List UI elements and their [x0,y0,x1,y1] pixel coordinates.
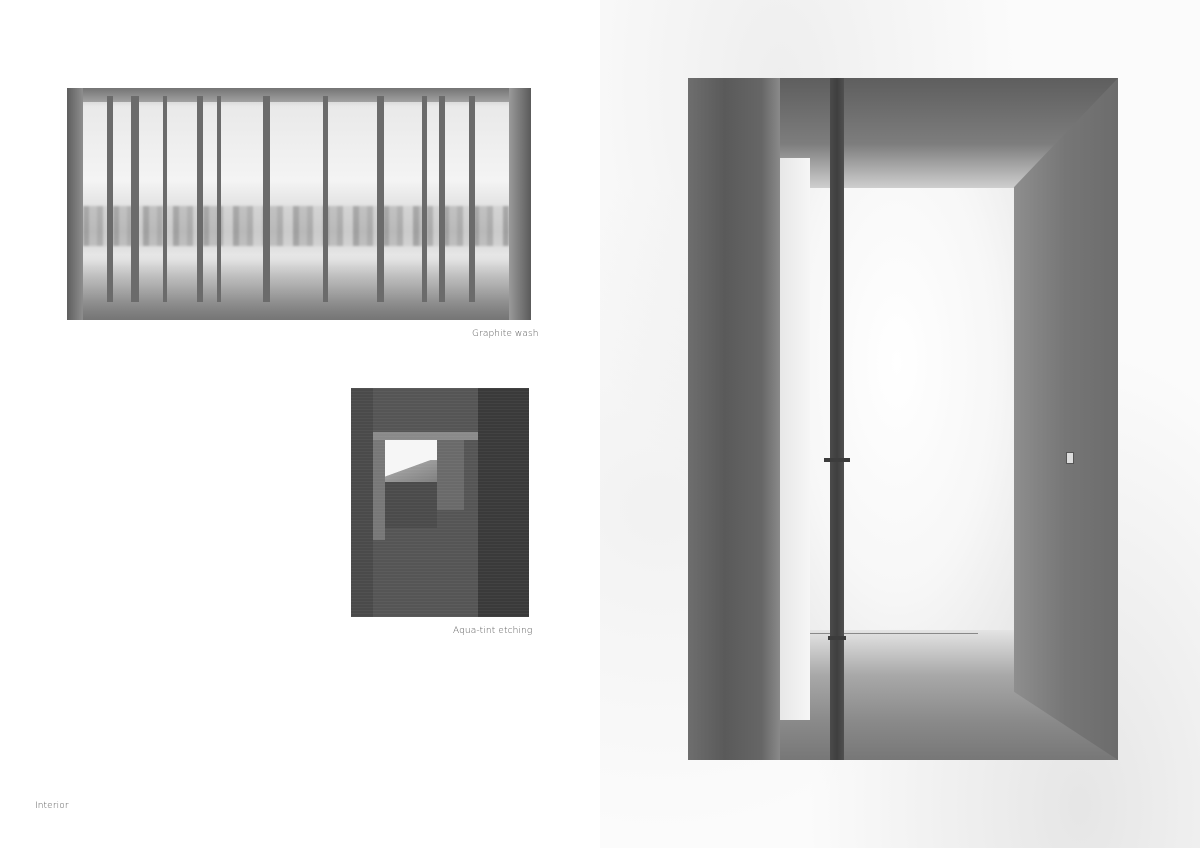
left-wall [67,88,83,320]
caption-aqua-tint: Aqua-tint etching [453,626,532,636]
caption-graphite-wash: Graphite wash [472,329,539,339]
column [163,96,167,302]
vertical-pole [830,78,844,760]
left-light-spill [780,158,810,720]
column [469,96,475,302]
right-wall [509,88,531,320]
graphite-wash-drawing [67,88,531,320]
column [197,96,203,302]
aqua-tint-etching [351,388,529,617]
floor-edge-line [798,633,978,634]
column [323,96,328,302]
pole-clamp [828,636,846,640]
column [422,96,427,302]
pole-clamp [824,458,850,462]
column [377,96,384,302]
bright-opening [780,184,1014,630]
section-label: Interior [35,801,69,811]
etching-texture [351,388,529,617]
wall-switch [1066,452,1074,464]
right-wall [1014,78,1118,760]
column [439,96,445,302]
left-wall [688,78,780,760]
column [131,96,139,302]
landscape-band [83,206,509,246]
column [107,96,113,302]
column [217,96,221,302]
interior-charcoal-drawing [688,78,1118,760]
column [263,96,270,302]
